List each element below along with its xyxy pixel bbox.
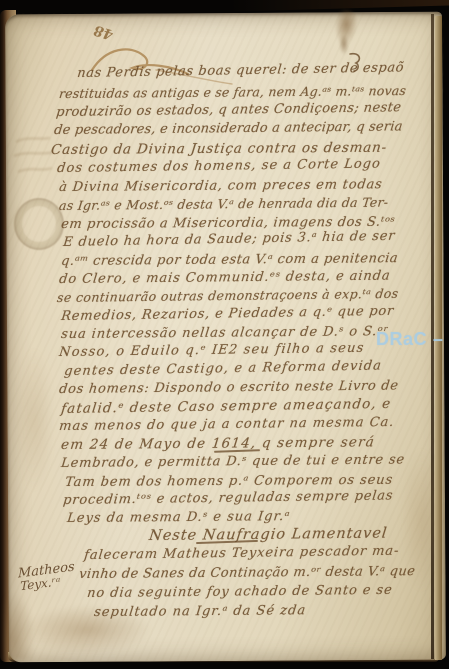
manuscript-line: q.ᵃᵐ crescida por toda esta V.ᵃ com a pe… bbox=[60, 251, 399, 269]
archive-watermark-dash: – bbox=[433, 329, 444, 349]
manuscript-line: restituidas as antigas e se fara, nem Ag… bbox=[58, 83, 407, 101]
manuscript-line: vinho de Sanes da Continação m.ᵒʳ desta … bbox=[78, 564, 416, 582]
manuscript-line: Tam bem dos homens p.ᵃ Comporem os seus bbox=[64, 473, 394, 490]
manuscript-line: Castigo da Divina Justiça contra os desm… bbox=[50, 140, 388, 158]
manuscript-line: sua intercessão nellas alcançar de D.ˢ o… bbox=[60, 324, 389, 342]
manuscript-line: no dia seguinte foy achado de Santo e se bbox=[86, 583, 393, 601]
book-cover-shadow bbox=[230, 0, 449, 12]
archive-watermark: DRaC– bbox=[376, 329, 444, 350]
manuscript-line: Neste Naufragio Lamentavel bbox=[148, 526, 388, 545]
blind-stamp-seal bbox=[14, 198, 64, 250]
manuscript-line: Leys da mesma D.ˢ e sua Igr.ᵃ bbox=[66, 509, 291, 526]
manuscript-line: sepultado na Igr.ᵃ da Sé zda bbox=[93, 603, 307, 620]
archive-watermark-label: DRaC bbox=[376, 329, 427, 349]
manuscript-photo: 48 nas Perdis pelas boas querel: de ser … bbox=[0, 0, 449, 669]
manuscript-line: à Divina Misericordia, com preces em tod… bbox=[58, 177, 383, 195]
